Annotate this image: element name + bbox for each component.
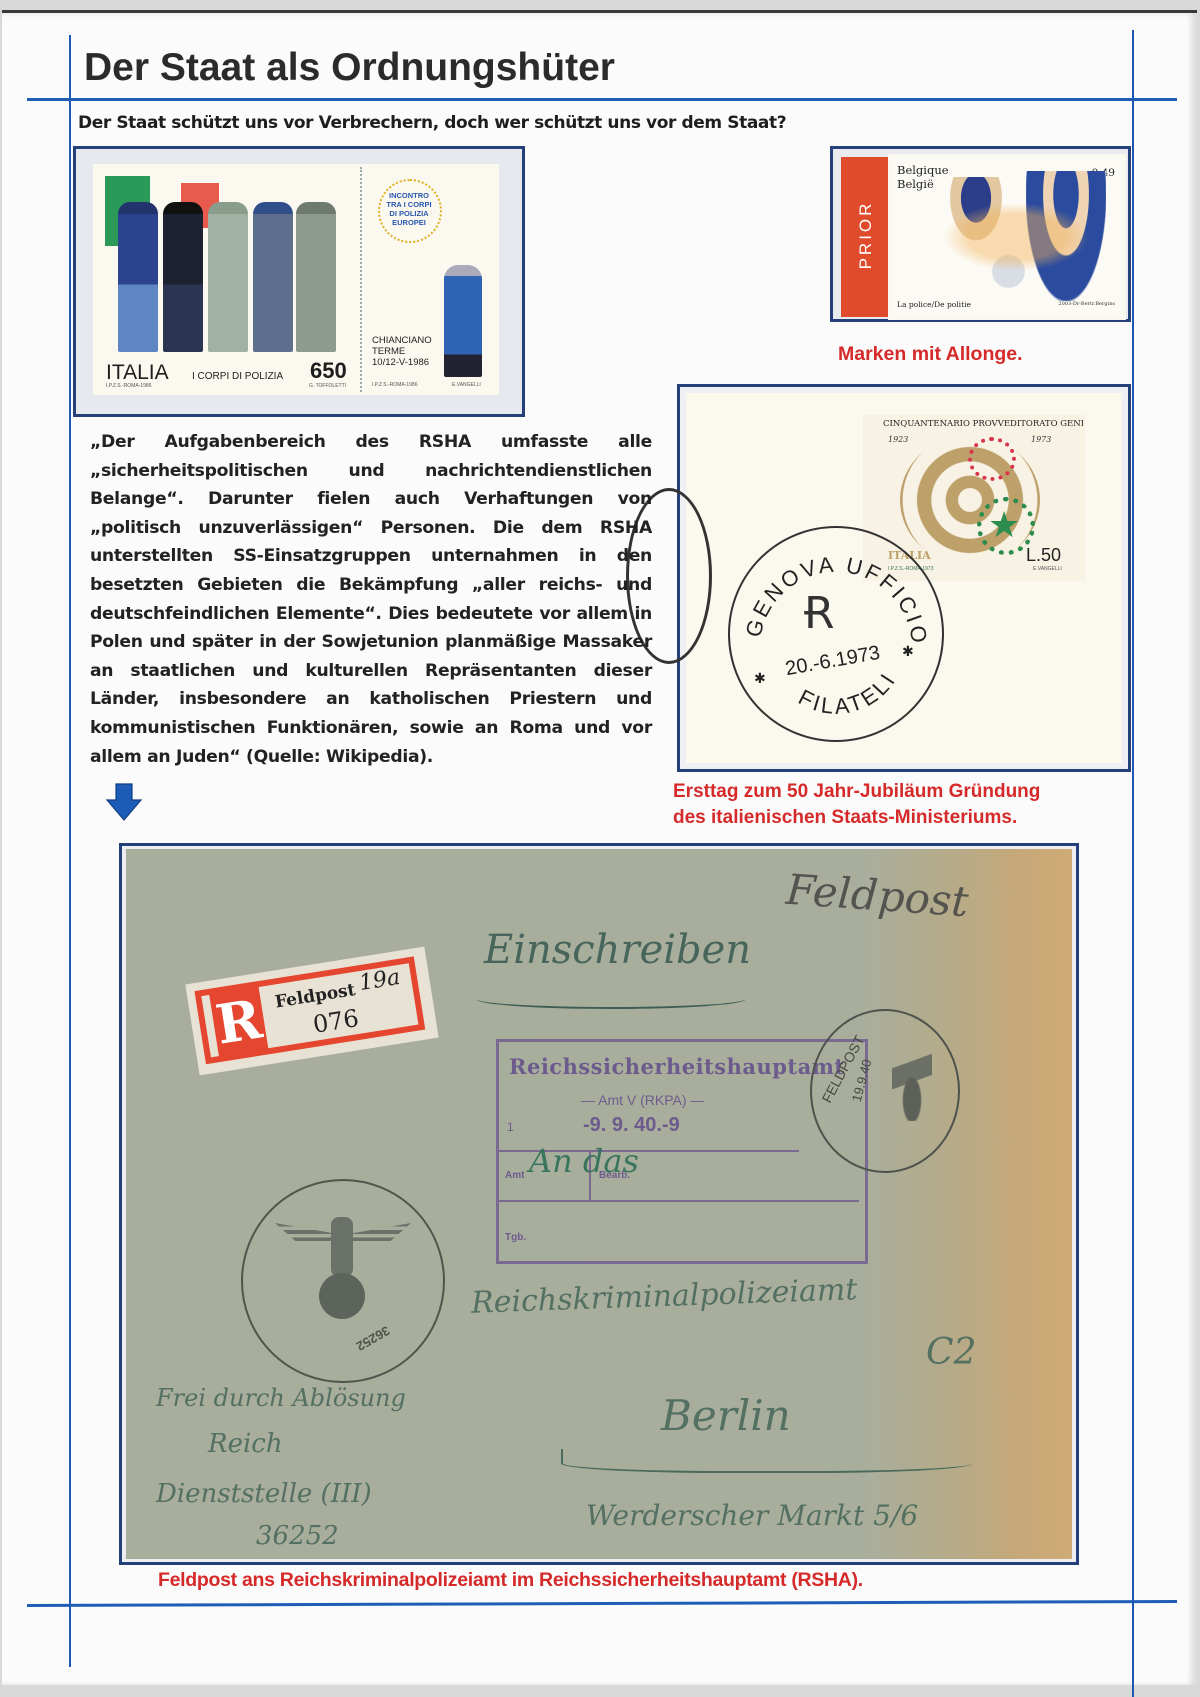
address-line-1: Reichskriminalpolizeiamt — [471, 1272, 858, 1320]
stamp-year-right: 1973 — [1031, 435, 1051, 444]
stamp-mount-belgium: PRIOR Belgique België 0,49 La police/De … — [830, 146, 1131, 322]
stamp-title: I CORPI DI POLIZIA — [192, 371, 283, 382]
stamp-value: 650 — [310, 358, 347, 384]
feldpost-postmark: FELDPOST 19.9.40 — [810, 1009, 960, 1173]
registration-letter: R — [209, 985, 269, 1058]
handwriting-einschreiben: Einschreiben — [484, 927, 751, 973]
stamp-label-vignette: INCONTRO TRA I CORPI DI POLIZIA EUROPEI … — [360, 167, 496, 392]
right-frame-line — [1132, 30, 1134, 1697]
background-sun — [931, 197, 1101, 277]
einschreiben-underline — [476, 989, 746, 1009]
postmark-ring-text: GENOVA UFFICIO CORR. FILATELICO — [730, 528, 942, 740]
stamp-caption: La police/De politie — [897, 300, 971, 309]
postmark-star-right: ✱ — [902, 643, 914, 660]
stamp-italy-police: ITALIA I CORPI DI POLIZIA 650 I.P.Z.S.-R… — [96, 167, 358, 392]
red-gear — [968, 437, 1016, 481]
figure-carabinieri — [163, 202, 203, 352]
left-frame-line — [69, 35, 71, 1667]
berlin-underline — [561, 1449, 973, 1473]
police-figures — [118, 202, 333, 352]
sender-line-2: Reich — [208, 1429, 283, 1459]
rsha-quote-paragraph: „Der Aufgabenbereich des RSHA umfasste a… — [90, 428, 652, 771]
registration-label: R Feldpost 19a 076 — [185, 947, 438, 1076]
stamp-designer: G. TOFFOLETTI — [309, 383, 346, 389]
stamp-mount-italy-police: ITALIA I CORPI DI POLIZIA 650 I.P.Z.S.-R… — [73, 146, 525, 417]
allonge-label: PRIOR — [856, 190, 876, 280]
caption-allonge: Marken mit Allonge. — [838, 343, 1023, 366]
address-line-4: Werderscher Markt 5/6 — [586, 1499, 918, 1532]
label-printer: I.P.Z.S.-ROMA-1986 — [372, 382, 417, 388]
rsha-stamp-date: -9. 9. 40.-9 — [583, 1114, 680, 1137]
posthorn-symbol: Ɍ — [804, 588, 835, 639]
figure-forestale — [296, 202, 336, 352]
postmark-genova: GENOVA UFFICIO CORR. FILATELICO Ɍ 20.-6.… — [728, 526, 944, 742]
stamp-designer: E.VANGELLI — [1033, 566, 1062, 572]
seal-eagle-body — [331, 1217, 353, 1277]
label-designer: E.VANGELLI — [452, 382, 481, 388]
stamp-country-lines: Belgique België — [897, 163, 949, 191]
rsha-stamp-index: 1 — [507, 1120, 514, 1134]
address-line-3: Berlin — [661, 1391, 791, 1440]
handwriting-feldpost: Feldpost — [785, 865, 971, 927]
stamp-year-left: 1923 — [888, 435, 908, 444]
rsha-field-amt: Amt — [505, 1170, 524, 1181]
cover-mount-italy-1973: ★ CINQUANTENARIO PROVVEDITORATO GENERALE… — [677, 384, 1131, 772]
caption-ersttag: Ersttag zum 50 Jahr-Jubiläum Gründung de… — [673, 779, 1040, 831]
sender-line-1: Frei durch Ablösung — [156, 1384, 406, 1412]
rsha-field-tgb: Tgb. — [505, 1232, 526, 1243]
allonge-prior: PRIOR — [841, 157, 888, 317]
sender-line-4: 36252 — [256, 1521, 339, 1551]
policewoman-figure — [444, 265, 482, 377]
stamp-country: ITALIA — [106, 361, 169, 385]
postmark-star-left: ✱ — [754, 670, 766, 687]
caption-feldpost: Feldpost ans Reichskriminalpolizeiamt im… — [158, 1569, 863, 1592]
figure-polizia — [118, 202, 158, 352]
dienststelle-seal: 36252 — [241, 1179, 445, 1383]
green-star: ★ — [988, 505, 1020, 545]
handwriting-an-das: An das — [529, 1142, 639, 1180]
stamp-designer: 2003-Dr-Bertr.Bergins — [1058, 301, 1115, 307]
stamp-value: L.50 — [1026, 545, 1061, 566]
eagle-emblem — [892, 1051, 932, 1121]
figure-penitenziaria — [253, 202, 293, 352]
rsha-stamp-department: — Amt V (RKPA) — — [581, 1092, 704, 1108]
label-place: CHIANCIANO TERME 10/12-V-1986 — [372, 335, 432, 368]
header-divider — [27, 98, 1177, 101]
stamp-top-text: CINQUANTENARIO PROVVEDITORATO GENERALE D… — [883, 419, 1083, 429]
stamp-belgium-police: Belgique België 0,49 La police/De politi… — [891, 157, 1123, 317]
seal-wreath — [319, 1273, 365, 1319]
label-logo-text: INCONTRO TRA I CORPI DI POLIZIA EUROPEI — [380, 191, 438, 227]
page-subtitle: Der Staat schützt uns vor Verbrechern, d… — [78, 113, 786, 133]
address-line-2: C2 — [926, 1332, 976, 1373]
figure-finanza — [208, 202, 248, 352]
page-title: Der Staat als Ordnungshüter — [84, 46, 615, 90]
sender-line-3: Dienststelle (III) — [156, 1479, 372, 1509]
cover-piece: ★ CINQUANTENARIO PROVVEDITORATO GENERALE… — [686, 393, 1122, 763]
rsha-stamp-heading: Reichssicherheitshauptamt — [509, 1054, 845, 1079]
seal-number: 36252 — [354, 1323, 393, 1354]
arrow-down-icon — [105, 782, 143, 822]
stamp-printer: I.P.Z.S.-ROMA-1986 — [106, 383, 151, 389]
feldpost-envelope: R Feldpost 19a 076 Feldpost Einschreiben… — [126, 849, 1072, 1559]
